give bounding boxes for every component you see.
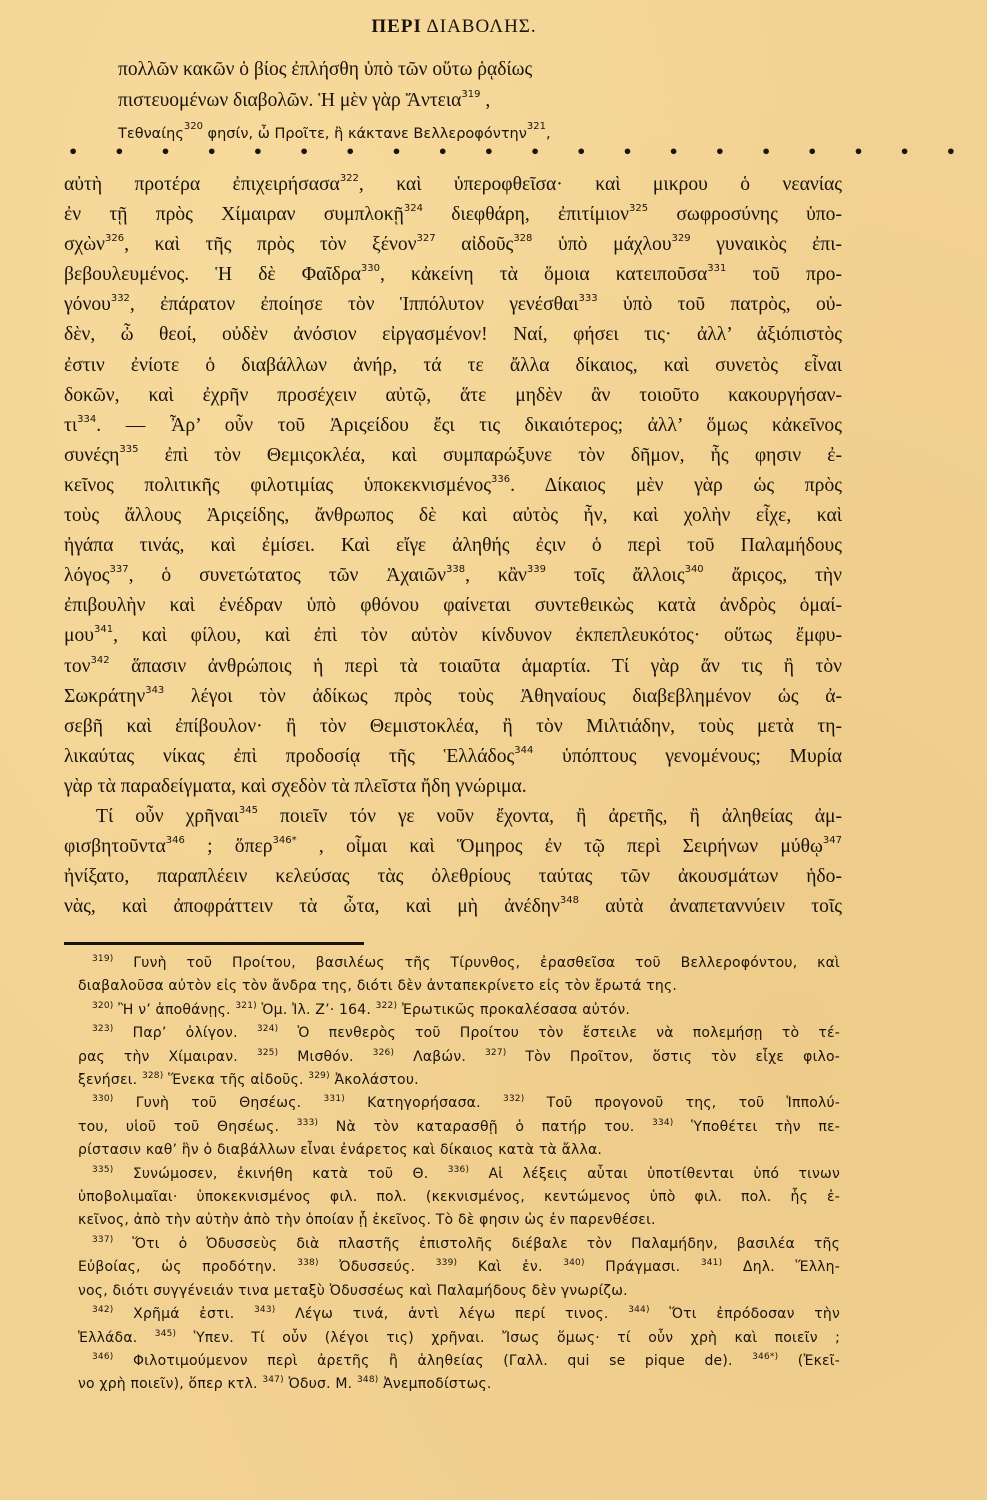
footnote-marker: 348) — [357, 1375, 379, 1385]
footnote-line: διαβαλοῦσα αὐτὸν εἰς τὸν ἄνδρα της, διότ… — [78, 975, 840, 998]
footnote-marker: 319) — [92, 954, 114, 964]
text-line: βεβουλευμένος. Ἡ δὲ Φαῖδρα330, κἀκείνη τ… — [64, 260, 842, 290]
footnote-marker: 328) — [142, 1071, 164, 1081]
text-line: σχὼν326, καὶ τῆς πρὸς τὸν ξένον327 αἰδοῦ… — [64, 230, 842, 260]
footnote-marker: 334) — [652, 1118, 674, 1128]
verse-line: πιστευομένων διαβολῶν. Ἡ μὲν γὰρ Ἄντεια3… — [118, 85, 838, 116]
footnote-marker: 343) — [254, 1305, 276, 1315]
footnote-marker: 328 — [513, 233, 532, 244]
footnotes: 319) Γυνὴ τοῦ Προίτου, βασιλέως τῆς Τίρυ… — [78, 952, 840, 1397]
text-line: γὰρ τὰ παραδείγματα, καὶ σχεδὸν τὰ πλεῖσ… — [64, 772, 842, 802]
text-line: μου341, καὶ φίλου, καὶ ἐπὶ τὸν αὐτὸν κίν… — [64, 621, 842, 651]
footnote-marker: 331) — [323, 1094, 345, 1104]
footnote-line: 346) Φιλοτιμούμενον περὶ ἀρετῆς ἢ ἀληθεί… — [78, 1350, 840, 1373]
text-line: σεβῆ καὶ ἐπίβουλον· ἢ τὸν Θεμιστοκλέα, ἢ… — [64, 712, 842, 742]
footnote-marker: 325) — [257, 1048, 279, 1058]
footnote-marker: 324) — [257, 1024, 279, 1034]
footnote-marker: 332 — [111, 293, 130, 304]
text-line: τι334. — Ἆρ’ οὖν τοῦ Ἀριςείδου ἔςι τις δ… — [64, 411, 842, 441]
footnote-marker: 342 — [91, 655, 110, 666]
footnote-marker: 322) — [376, 1001, 398, 1011]
running-head-title: ΔΙΑΒΟΛΗΣ. — [422, 16, 537, 37]
footnote-line: 335) Συνώμοσεν, ἐκινήθη κατὰ τοῦ Θ. 336)… — [78, 1163, 840, 1186]
footnote-line: κεῖνος, ἀπὸ τὴν αὐτὴν ἀπὸ τὴν ὁποίαν ᾗ ἐ… — [78, 1209, 840, 1232]
text-line: ἠγάπα τινάς, καὶ ἐμίσει. Καὶ εἴγε ἀληθής… — [64, 531, 842, 561]
text-line: ἐπιβουλὴν καὶ ἐνέδραν ὑπὸ φθόνου φαίνετα… — [64, 591, 842, 621]
footnote-marker: 320) — [92, 1001, 114, 1011]
footnote-marker: 326) — [373, 1048, 395, 1058]
footnote-marker: 323) — [92, 1024, 114, 1034]
footnote-marker: 345) — [155, 1329, 177, 1339]
footnote-marker: 348 — [560, 895, 579, 906]
footnote-marker: 336 — [491, 474, 510, 485]
text-line: δὲν, ὦ θεοί, οὐδὲν ἀνόσιον εἰργασμένον! … — [64, 320, 842, 350]
verse-quotation: πολλῶν κακῶν ὁ βίος ἐπλήσθη ὑπὸ τῶν οὕτω… — [118, 54, 838, 150]
footnote-marker: 341 — [94, 624, 113, 635]
footnote-marker: 324 — [404, 203, 423, 214]
footnote-marker: 326 — [105, 233, 124, 244]
footnote-marker: 336) — [448, 1165, 470, 1175]
footnote-marker: 338 — [446, 564, 465, 575]
footnote-line: 323) Παρ’ ὀλίγον. 324) Ὁ πενθερὸς τοῦ Πρ… — [78, 1022, 840, 1045]
text-line: Τί οὖν χρῆναι345 ποιεῖν τόν γε νοῦν ἔχον… — [64, 802, 842, 832]
footnote-marker: 329) — [308, 1071, 330, 1081]
footnote-marker: 341) — [701, 1258, 723, 1268]
footnote-line: νο χρὴ ποιεῖν), ὅπερ κτλ. 347) Ὀδυσ. Μ. … — [78, 1373, 840, 1396]
footnote-marker: 335 — [119, 444, 138, 455]
text-line: γόνου332, ἐπάρατον ἐποίησε τὸν Ἱππόλυτον… — [64, 290, 842, 320]
text-line: ἐστιν ἐνίοτε ὁ διαβάλλων ἀνήρ, τά τε ἄλλ… — [64, 351, 842, 381]
footnote-marker: 339) — [436, 1258, 458, 1268]
footnote-marker: 346) — [92, 1352, 114, 1362]
footnote-marker: 321) — [235, 1001, 257, 1011]
footnote-marker: 339 — [527, 564, 546, 575]
footnote-rule — [64, 942, 364, 945]
text-line: Σωκράτην343 λέγοι τὸν ἀδίκως πρὸς τοὺς Ἀ… — [64, 682, 842, 712]
text-line: νὰς, καὶ ἀποφράττειν τὰ ὦτα, καὶ μὴ ἀνέδ… — [64, 892, 842, 922]
text-line: ἠνίξατο, παραπλέειν κελεύσας τὰς ὀλεθρίο… — [64, 862, 842, 892]
footnote-marker: 344) — [628, 1305, 650, 1315]
footnote-marker: 346*) — [752, 1352, 778, 1362]
footnote-marker: 333) — [297, 1118, 319, 1128]
footnote-marker: 330) — [92, 1094, 114, 1104]
footnote-marker: 345 — [239, 805, 258, 816]
text-line: αὐτὴ προτέρα ἐπιχειρήσασα322, καὶ ὑπεροφ… — [64, 170, 842, 200]
footnote-marker: 344 — [514, 745, 533, 756]
footnote-marker: 337 — [110, 564, 129, 575]
footnote-marker: 332) — [503, 1094, 525, 1104]
footnote-marker: 330 — [361, 263, 380, 274]
footnote-line: ρας τὴν Χίμαιραν. 325) Μισθόν. 326) Λαβώ… — [78, 1046, 840, 1069]
footnote-marker: 346* — [272, 835, 296, 846]
text-line: ἐν τῇ πρὸς Χίμαιραν συμπλοκῇ324 διεφθάρη… — [64, 200, 842, 230]
footnote-line: ρίστασιν καθ’ ἣν ὁ διαβάλλων εἶναι ἐνάρε… — [78, 1139, 840, 1162]
footnote-marker: 342) — [92, 1305, 114, 1315]
footnote-marker: 347) — [262, 1375, 284, 1385]
text-line: λικαύτας νίκας ἐπὶ προδοσίᾳ τῆς Ἑλλάδος3… — [64, 742, 842, 772]
footnote-marker: 333 — [579, 293, 598, 304]
footnote-marker: 337) — [92, 1235, 114, 1245]
footnote-marker: 331 — [707, 263, 726, 274]
footnote-marker: 340 — [685, 564, 704, 575]
footnote-line: 330) Γυνὴ τοῦ Θησέως. 331) Κατηγορήσασα.… — [78, 1092, 840, 1115]
footnote-line: ξενήσει. 328) Ἕνεκα τῆς αἰδοῦς. 329) Ἀκο… — [78, 1069, 840, 1092]
footnote-marker: 347 — [823, 835, 842, 846]
main-text: αὐτὴ προτέρα ἐπιχειρήσασα322, καὶ ὑπεροφ… — [64, 170, 842, 922]
running-head: ΠΕΡΙ ΔΙΑΒΟΛΗΣ. — [64, 16, 844, 38]
footnote-marker: 322 — [340, 173, 359, 184]
footnote-line: νος, διότι συγγένειάν τινα μεταξὺ Ὀδυσσέ… — [78, 1280, 840, 1303]
footnote-marker: 329 — [672, 233, 691, 244]
verse-line: πολλῶν κακῶν ὁ βίος ἐπλήσθη ὑπὸ τῶν οὕτω… — [118, 54, 838, 85]
footnote-line: 342) Χρῆμά ἐστι. 343) Λέγω τινά, ἀντὶ λέ… — [78, 1303, 840, 1326]
footnote-marker: 340) — [563, 1258, 585, 1268]
text-line: συνέςη335 ἐπὶ τὸν Θεμιςοκλέα, καὶ συμπαρ… — [64, 441, 842, 471]
text-line: φισβητοῦντα346 ; ὅπερ346* , οἶμαι καὶ Ὅμ… — [64, 832, 842, 862]
footnote-line: 337) Ὅτι ὁ Ὀδυσσεὺς διὰ πλαστῆς ἐπιστολῆ… — [78, 1233, 840, 1256]
footnote-line: του, υἱοῦ τοῦ Θησέως. 333) Νὰ τὸν καταρα… — [78, 1116, 840, 1139]
footnote-marker: 335) — [92, 1165, 114, 1175]
footnote-line: Εὐβοίας, ὡς προδότην. 338) Ὀδυσσεύς. 339… — [78, 1256, 840, 1279]
ellipsis-dots-divider: • • • • • • • • • • • • • • • • • • • • … — [68, 142, 748, 161]
footnote-line: 319) Γυνὴ τοῦ Προίτου, βασιλέως τῆς Τίρυ… — [78, 952, 840, 975]
footnote-line: ὑποβολιμαῖαι· ὑποκεκνισμένος φιλ. πολ. (… — [78, 1186, 840, 1209]
footnote-line: Ἑλλάδα. 345) Ὑπεν. Τί οὖν (λέγοι τις) χρ… — [78, 1327, 840, 1350]
footnote-marker: 346 — [166, 835, 185, 846]
text-line: τον342 ἅπασιν ἀνθρώποις ἡ περὶ τὰ τοιαῦτ… — [64, 652, 842, 682]
footnote-marker: 327 — [417, 233, 436, 244]
text-line: λόγος337, ὁ συνετώτατος τῶν Ἀχαιῶν338, κ… — [64, 561, 842, 591]
footnote-marker: 334 — [77, 414, 96, 425]
text-line: δοκῶν, καὶ ἐχρῆν προσέχειν αὐτῷ, ἅτε μηδ… — [64, 381, 842, 411]
footnote-marker: 325 — [629, 203, 648, 214]
footnote-marker: 343 — [145, 685, 164, 696]
running-head-bold: ΠΕΡΙ — [371, 16, 421, 37]
footnote-marker: 327) — [485, 1048, 507, 1058]
footnote-line: 320) Ἢ ν’ ἀποθάνῃς. 321) Ὁμ. Ἰλ. Ζ’· 164… — [78, 999, 840, 1022]
text-line: κεῖνος πολιτικῆς φιλοτιμίας ὑποκεκνισμέν… — [64, 471, 842, 501]
text-line: τοὺς ἄλλους Ἀριςείδης, ἄνθρωπος δὲ καὶ α… — [64, 501, 842, 531]
footnote-marker: 338) — [297, 1258, 319, 1268]
